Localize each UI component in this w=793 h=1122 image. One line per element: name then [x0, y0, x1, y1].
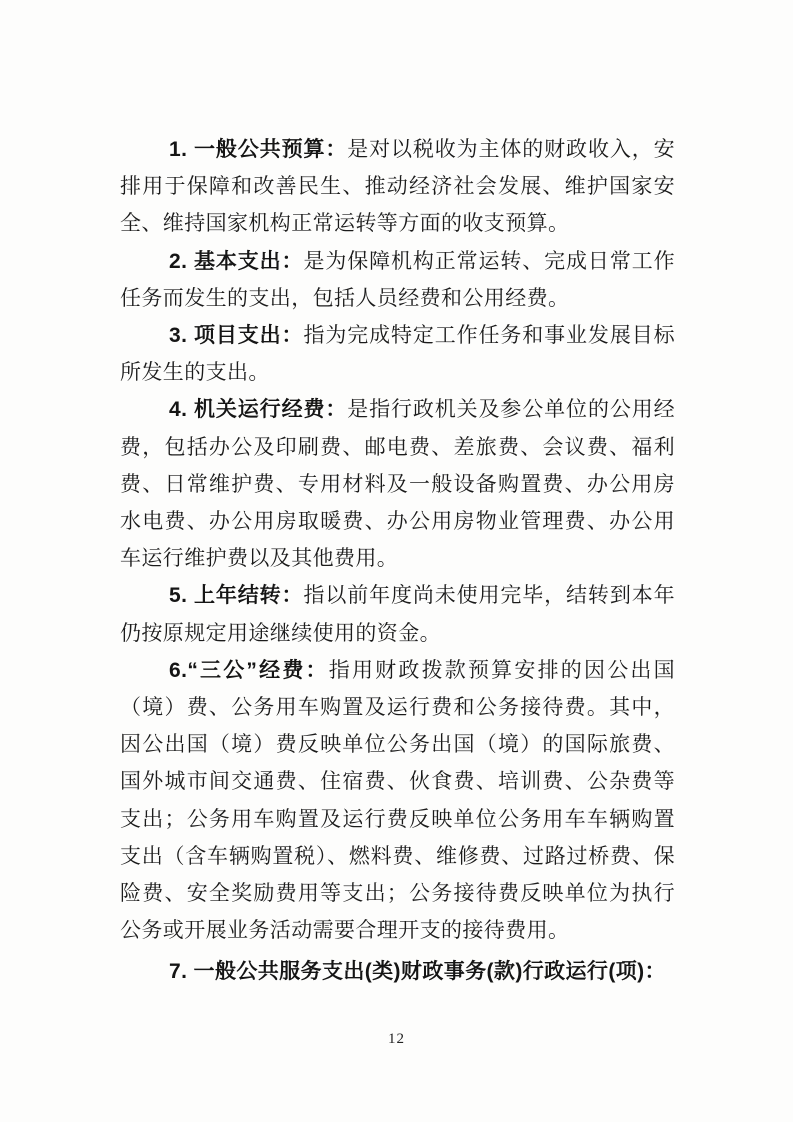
term-label: 6.“三公”经费：	[169, 659, 329, 682]
page-number: 12	[0, 1031, 793, 1048]
definition-paragraph: 6.“三公”经费：指用财政拨款预算安排的因公出国（境）费、公务用车购置及运行费和…	[120, 652, 675, 950]
definition-paragraph: 4. 机关运行经费：是指行政机关及参公单位的公用经费，包括办公及印刷费、邮电费、…	[120, 391, 675, 577]
page-body-text: 1. 一般公共预算：是对以税收为主体的财政收入，安排用于保障和改善民生、推动经济…	[120, 131, 675, 991]
term-definition: 指用财政拨款预算安排的因公出国（境）费、公务用车购置及运行费和公务接待费。其中，…	[120, 658, 675, 942]
term-definition: 是指行政机关及参公单位的公用经费，包括办公及印刷费、邮电费、差旅费、会议费、福利…	[120, 397, 675, 570]
definition-paragraph: 7. 一般公共服务支出(类)财政事务(款)行政运行(项)：	[120, 953, 675, 990]
term-label: 4. 机关运行经费：	[169, 398, 347, 421]
term-label: 5. 上年结转：	[169, 584, 303, 607]
term-label: 1. 一般公共预算：	[169, 138, 347, 161]
definition-paragraph: 1. 一般公共预算：是对以税收为主体的财政收入，安排用于保障和改善民生、推动经济…	[120, 131, 675, 243]
term-label: 2. 基本支出：	[169, 250, 303, 273]
definition-paragraph: 3. 项目支出：指为完成特定工作任务和事业发展目标所发生的支出。	[120, 317, 675, 391]
document-page: 1. 一般公共预算：是对以税收为主体的财政收入，安排用于保障和改善民生、推动经济…	[0, 0, 793, 1122]
definition-paragraph: 5. 上年结转：指以前年度尚未使用完毕，结转到本年仍按原规定用途继续使用的资金。	[120, 577, 675, 651]
definition-paragraph: 2. 基本支出：是为保障机构正常运转、完成日常工作任务而发生的支出，包括人员经费…	[120, 243, 675, 317]
term-label: 7. 一般公共服务支出(类)财政事务(款)行政运行(项)：	[169, 960, 666, 983]
term-label: 3. 项目支出：	[169, 324, 303, 347]
